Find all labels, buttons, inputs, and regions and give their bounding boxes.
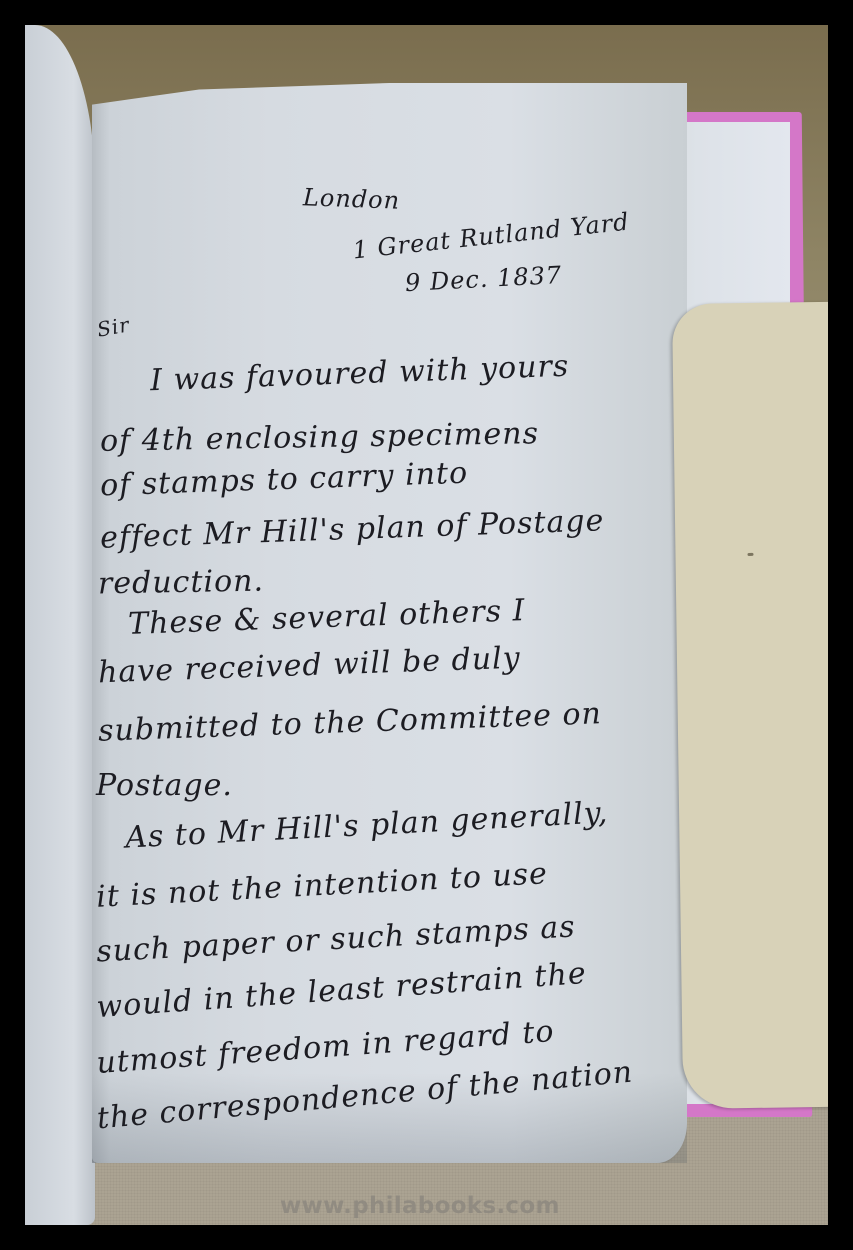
letter-line: Postage. xyxy=(96,768,233,803)
address-city: London xyxy=(303,183,401,214)
watermark: www.philabooks.com xyxy=(280,1193,560,1219)
cream-card xyxy=(672,302,828,1109)
card-speck xyxy=(747,553,753,556)
letter-line: reduction. xyxy=(98,564,265,602)
left-page-edge xyxy=(25,25,95,1225)
